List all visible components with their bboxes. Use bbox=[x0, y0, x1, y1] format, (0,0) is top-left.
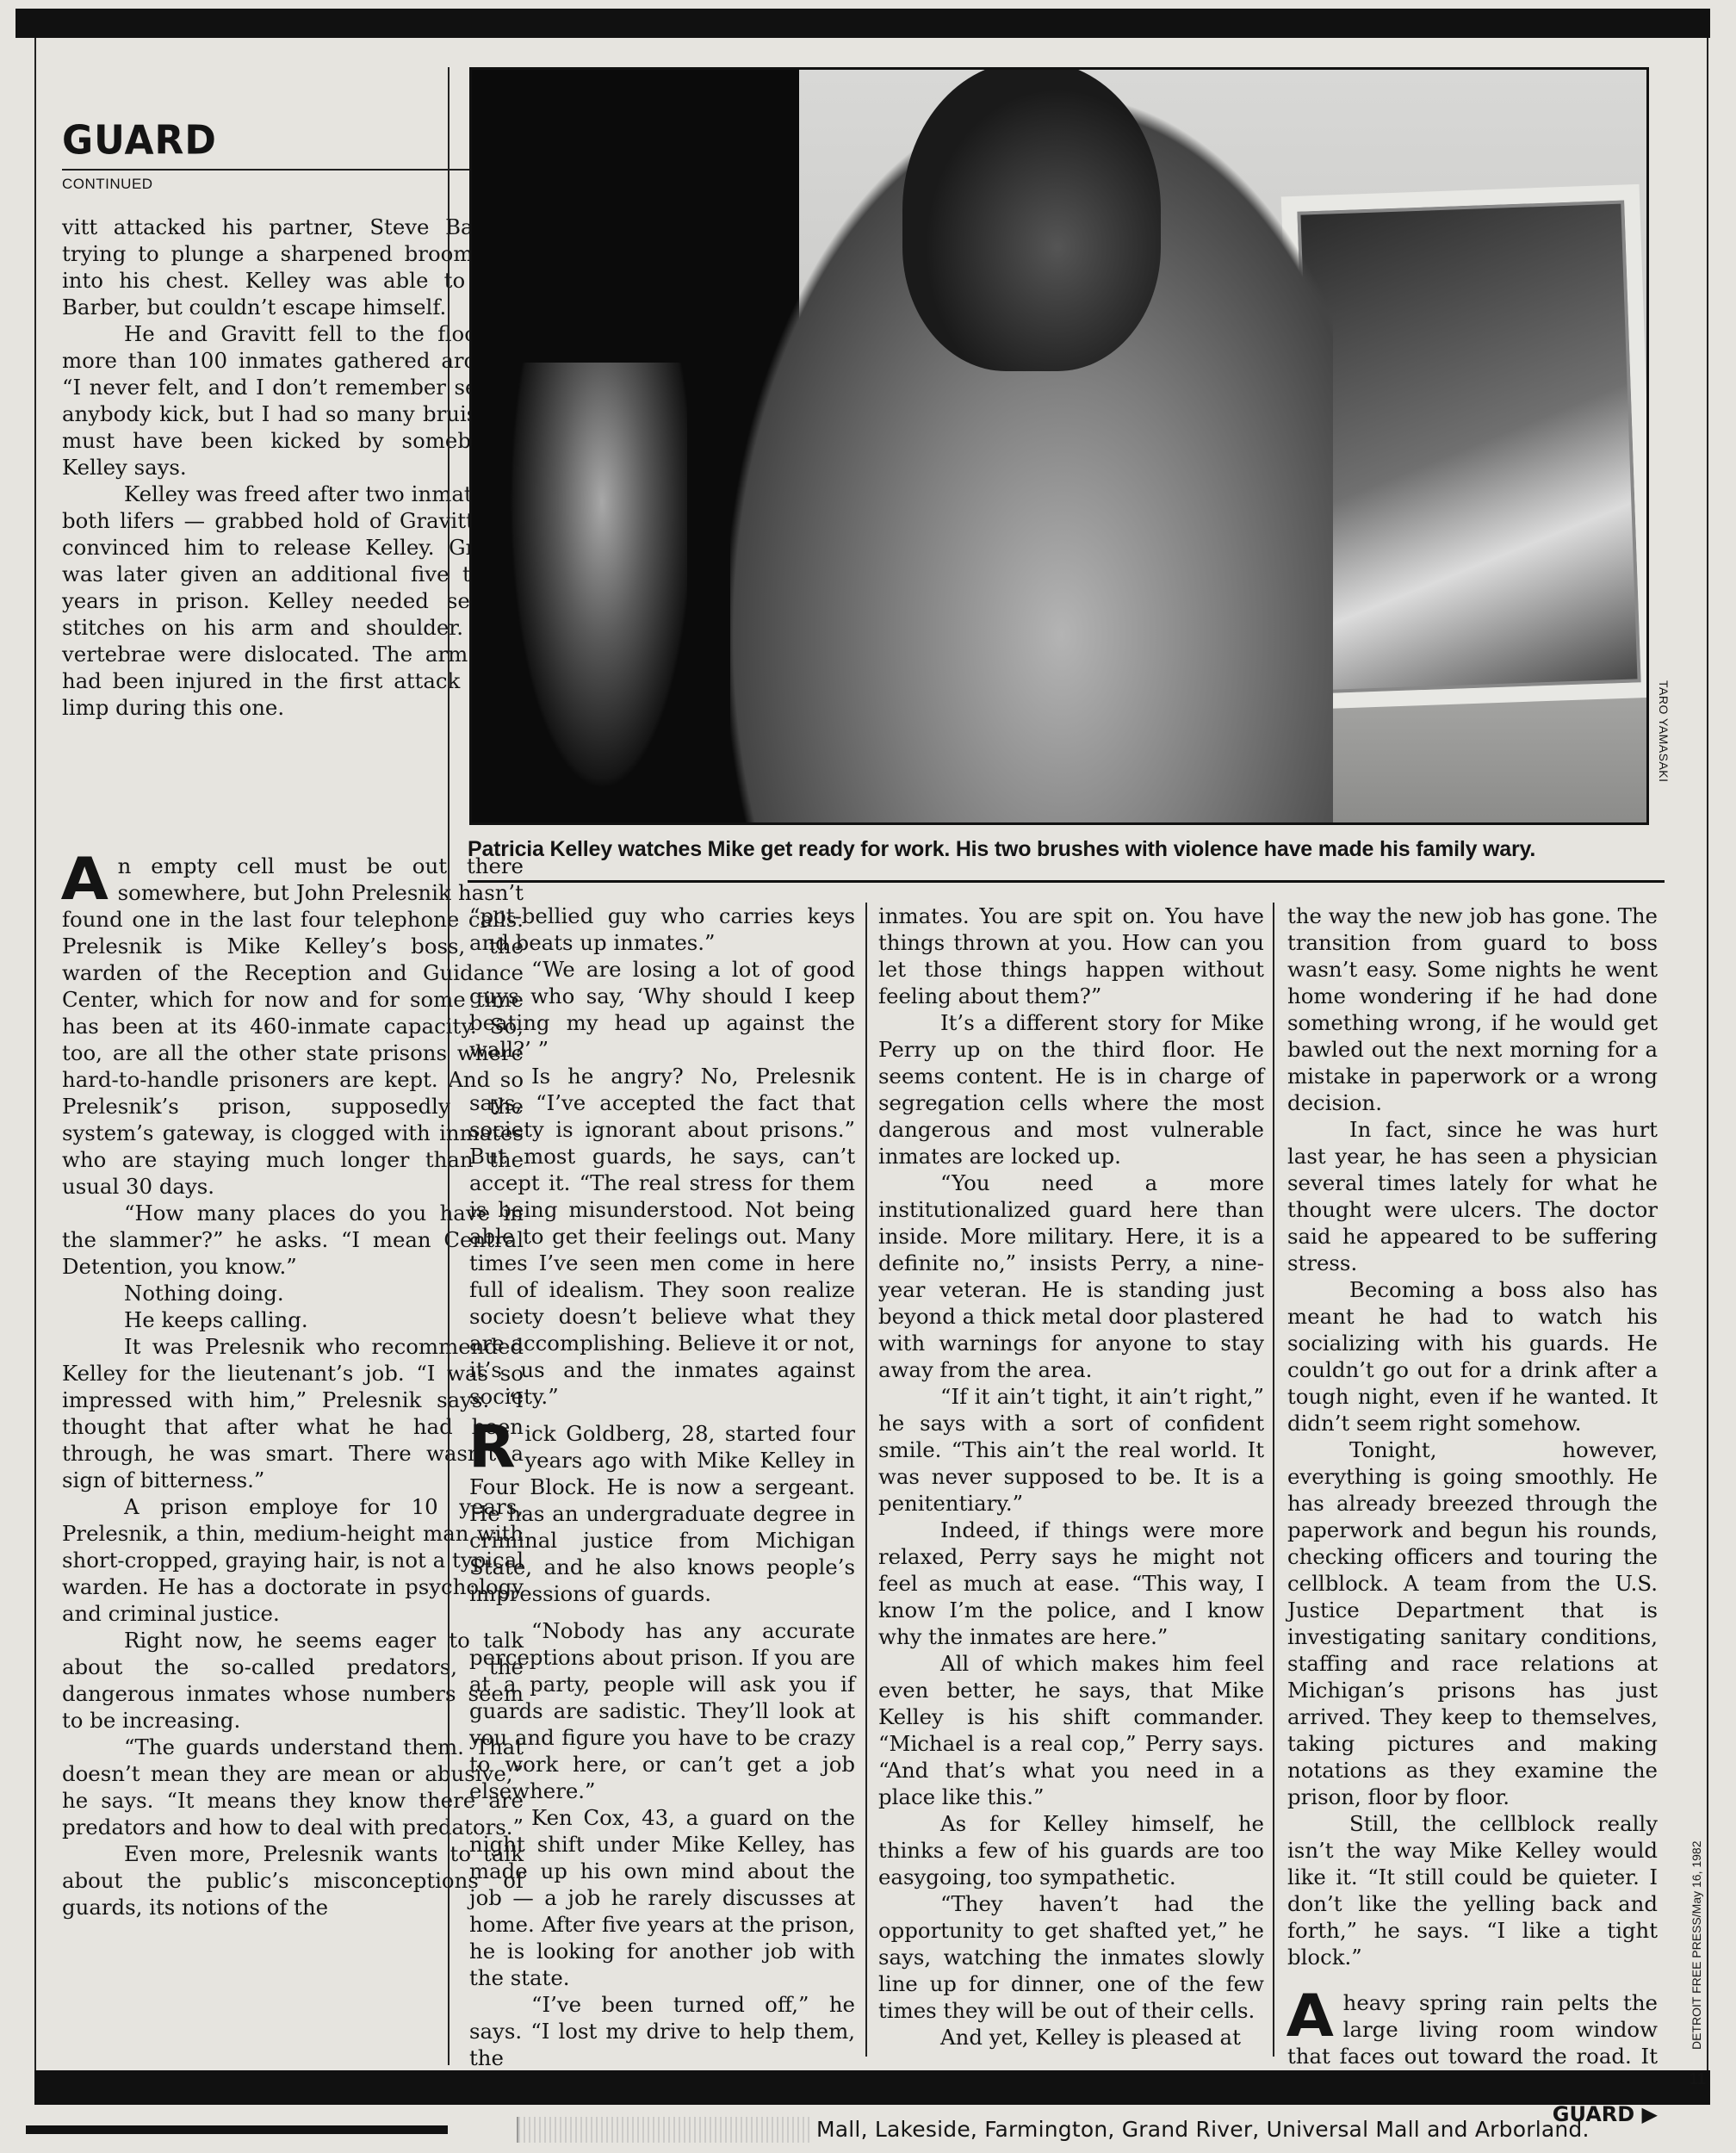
column-divider bbox=[1273, 903, 1274, 2057]
section-lead: An empty cell must be out there somewher… bbox=[62, 853, 524, 1200]
paragraph: “We are losing a lot of good guys who sa… bbox=[469, 956, 855, 1063]
footer-ad-strip: Mall, Lakeside, Farmington, Grand River,… bbox=[0, 2115, 1736, 2153]
section-lead: Rick Goldberg, 28, started four years ag… bbox=[469, 1420, 855, 1607]
photo-caption: Patricia Kelley watches Mike get ready f… bbox=[468, 837, 1656, 862]
paragraph: Is he angry? No, Prelesnik says, “I’ve a… bbox=[469, 1063, 855, 1410]
paragraph: Right now, he seems eager to talk about … bbox=[62, 1627, 524, 1734]
ad-bar bbox=[26, 2125, 448, 2134]
paragraph: It was Prelesnik who recommended Kelley … bbox=[62, 1333, 524, 1493]
paragraph: “pot-bellied guy who carries keys and be… bbox=[469, 903, 855, 956]
drop-cap: A bbox=[1286, 1993, 1334, 2041]
paragraph: Even more, Prelesnik wants to talk about… bbox=[62, 1840, 524, 1920]
photo-mirror bbox=[1281, 184, 1649, 710]
photo-credit: TARO YAMASAKI bbox=[1652, 680, 1671, 827]
paragraph: It’s a different story for Mike Perry up… bbox=[878, 1009, 1264, 1170]
paragraph: Ken Cox, 43, a guard on the night shift … bbox=[469, 1804, 855, 1991]
ad-text: Mall, Lakeside, Farmington, Grand River,… bbox=[816, 2117, 1590, 2142]
paragraph: And yet, Kelley is pleased at bbox=[878, 2024, 1264, 2051]
feature-photo bbox=[469, 67, 1649, 825]
page-number: 11 bbox=[1689, 2070, 1706, 2088]
story-title: GUARD bbox=[62, 120, 524, 163]
column-1-upper: vitt attacked his partner, Steve Barber,… bbox=[62, 214, 524, 721]
header-rule bbox=[62, 169, 524, 171]
paragraph: All of which makes him feel even better,… bbox=[878, 1650, 1264, 1810]
photo-woman-figure bbox=[498, 363, 687, 825]
caption-rule bbox=[468, 880, 1665, 883]
paragraph: Kelley was freed after two inmates — bot… bbox=[62, 481, 524, 721]
photo-man-head bbox=[902, 67, 1161, 371]
paragraph: Nothing doing. bbox=[62, 1280, 524, 1306]
paragraph: “How many places do you have in the slam… bbox=[62, 1200, 524, 1280]
paragraph: He and Gravitt fell to the floor as more… bbox=[62, 320, 524, 481]
paragraph: Becoming a boss also has meant he had to… bbox=[1287, 1276, 1658, 1436]
column-4: the way the new job has gone. The transi… bbox=[1287, 903, 1658, 2128]
paragraph: In fact, since he was hurt last year, he… bbox=[1287, 1116, 1658, 1276]
paragraph: A prison employe for 10 years, Prelesnik… bbox=[62, 1493, 524, 1627]
paragraph: vitt attacked his partner, Steve Barber,… bbox=[62, 214, 524, 320]
story-header: GUARD CONTINUED bbox=[62, 121, 524, 193]
paragraph: “Nobody has any accurate perceptions abo… bbox=[469, 1617, 855, 1804]
continued-label: CONTINUED bbox=[62, 176, 524, 193]
dateline: DETROIT FREE PRESS/May 16, 1982 bbox=[1689, 1817, 1712, 2050]
drop-cap: A bbox=[61, 856, 108, 904]
paragraph: Indeed, if things were more relaxed, Per… bbox=[878, 1517, 1264, 1650]
column-divider bbox=[448, 67, 449, 2065]
paragraph: “I’ve been turned off,” he says. “I lost… bbox=[469, 1991, 855, 2071]
paragraph: “If it ain’t tight, it ain’t right,” he … bbox=[878, 1383, 1264, 1517]
paragraph: Still, the cellblock really isn’t the wa… bbox=[1287, 1810, 1658, 1970]
paragraph: He keeps calling. bbox=[62, 1306, 524, 1333]
column-2: “pot-bellied guy who carries keys and be… bbox=[469, 903, 855, 2071]
drop-cap: R bbox=[468, 1424, 516, 1472]
column-divider bbox=[865, 903, 867, 2057]
bottom-black-rule bbox=[34, 2070, 1710, 2105]
column-1-lower: An empty cell must be out there somewher… bbox=[62, 853, 524, 1920]
top-black-rule bbox=[15, 9, 1710, 38]
paragraph: “You need a more institutionalized guard… bbox=[878, 1170, 1264, 1383]
paragraph: As for Kelley himself, he thinks a few o… bbox=[878, 1810, 1264, 1890]
paragraph: inmates. You are spit on. You have thing… bbox=[878, 903, 1264, 1009]
paragraph: the way the new job has gone. The transi… bbox=[1287, 903, 1658, 1116]
ad-logo bbox=[517, 2117, 811, 2143]
column-3: inmates. You are spit on. You have thing… bbox=[878, 903, 1264, 2051]
paragraph: “They haven’t had the opportunity to get… bbox=[878, 1890, 1264, 2024]
paragraph: Tonight, however, everything is going sm… bbox=[1287, 1436, 1658, 1810]
paragraph: “The guards understand them. That doesn’… bbox=[62, 1734, 524, 1840]
